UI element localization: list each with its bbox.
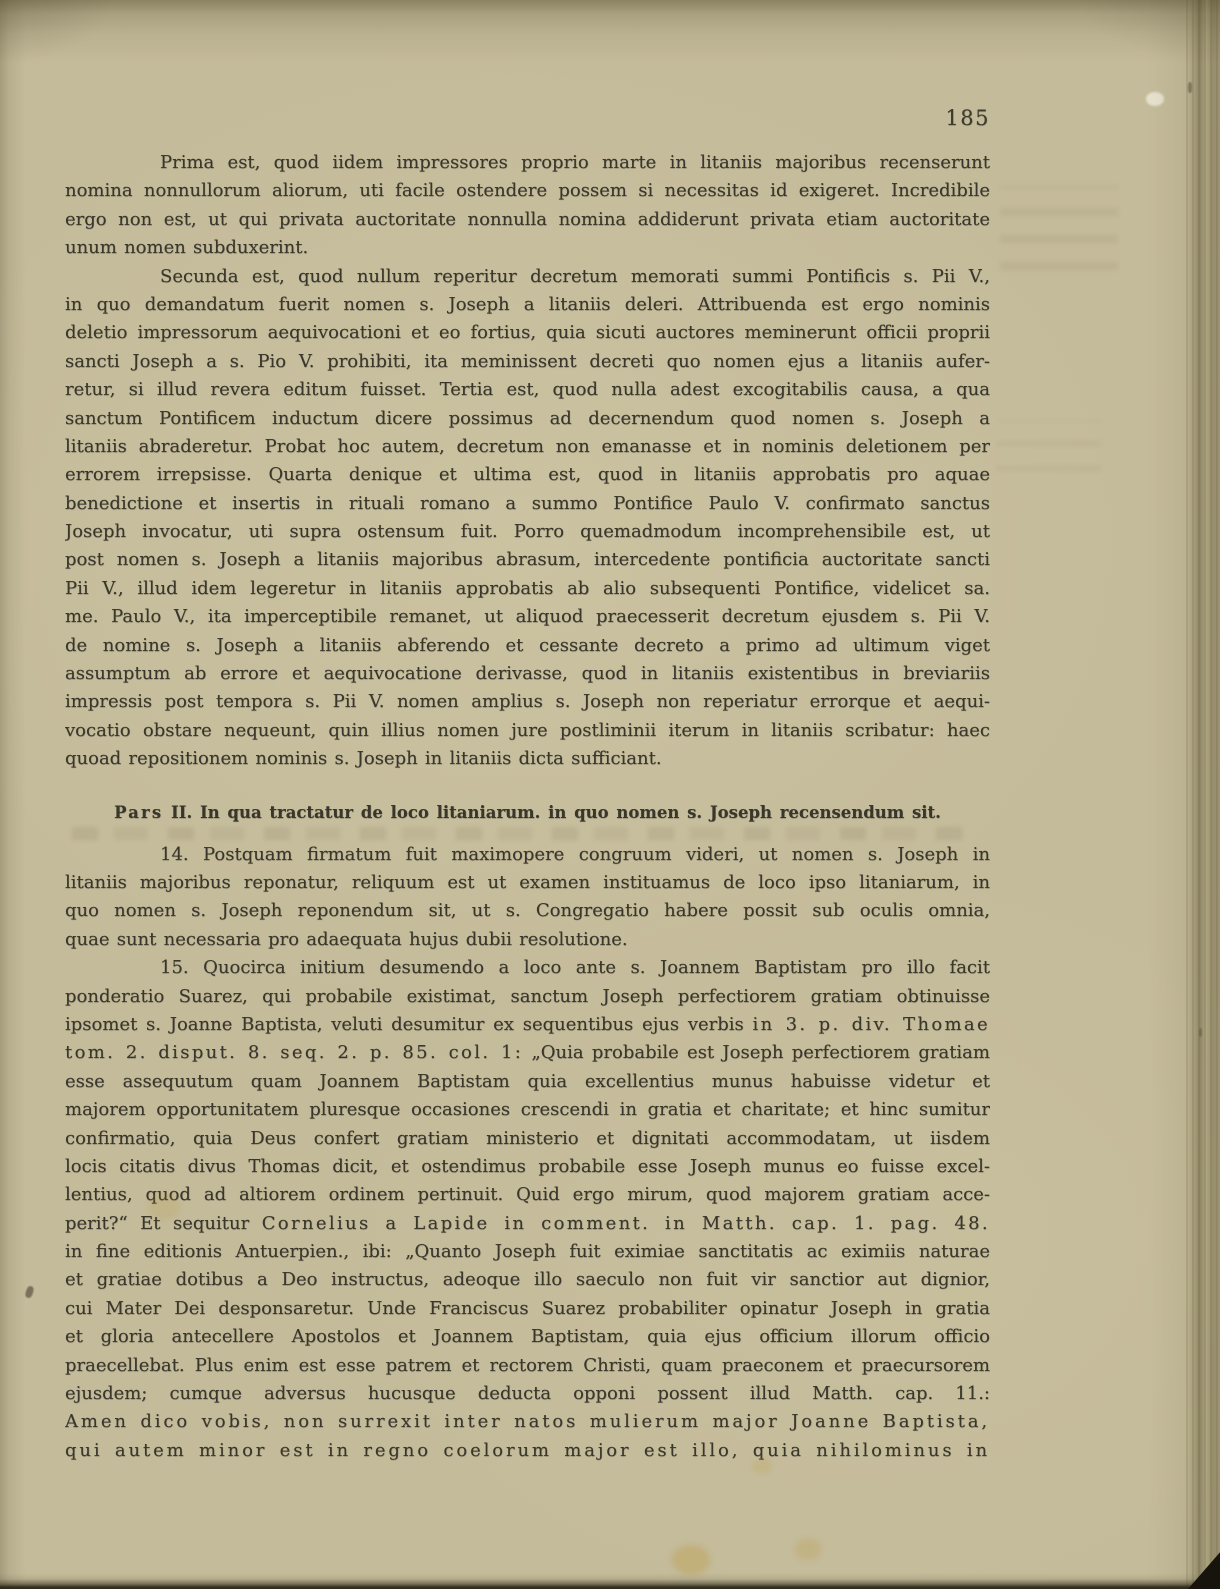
text-line: praecellebat. Plus enim est esse patrem … xyxy=(65,1352,990,1380)
text-segment: litaniis abraderetur. Probat hoc autem, … xyxy=(65,436,990,457)
text-segment: quoad repositionem nominis s. Joseph in … xyxy=(65,748,662,769)
text-segment: vocatio obstare nequeunt, quin illius no… xyxy=(65,720,990,741)
text-line: Prima est, quod iidem impressores propri… xyxy=(65,149,990,177)
paragraph: Prima est, quod iidem impressores propri… xyxy=(65,149,990,263)
text-segment: Prima est, quod iidem impressores propri… xyxy=(160,152,990,173)
text-segment: unum nomen subduxerint. xyxy=(65,237,308,258)
text-segment: qui autem minor est in regno coelorum ma… xyxy=(65,1440,990,1461)
text-segment: confirmatio, quia Deus confert gratiam m… xyxy=(65,1128,990,1149)
text-segment: Amen dico vobis, non surrexit inter nato… xyxy=(65,1411,990,1432)
text-line: et gratiae dotibus a Deo instructus, ade… xyxy=(65,1266,990,1294)
page-number: 185 xyxy=(65,106,990,130)
text-segment: lentius, quod ad altiorem ordinem pertin… xyxy=(65,1184,990,1205)
text-segment: impressis post tempora s. Pii V. nomen a… xyxy=(65,691,990,712)
text-segment: sanctum Pontificem inductum dicere possi… xyxy=(65,408,990,429)
text-segment: „Quia probabile est Joseph perfectiorem … xyxy=(523,1042,990,1063)
paper-stain xyxy=(148,1194,180,1220)
text-line: locis citatis divus Thomas dicit, et ost… xyxy=(65,1153,990,1181)
text-line: unum nomen subduxerint. xyxy=(65,234,990,262)
text-line: in quo demandatum fuerit nomen s. Joseph… xyxy=(65,291,990,319)
text-segment: Pii V., illud idem legeretur in litaniis… xyxy=(65,578,990,599)
text-segment: 14. Postquam firmatum fuit maximopere co… xyxy=(160,844,990,865)
text-line: ergo non est, ut qui privata auctoritate… xyxy=(65,206,990,234)
text-line: ejusdem; cumque adversus hucusque deduct… xyxy=(65,1380,990,1408)
text-line: 14. Postquam firmatum fuit maximopere co… xyxy=(65,841,990,869)
text-line: litaniis majoribus reponatur, reliquum e… xyxy=(65,869,990,897)
heading-line: Pars II. In qua tractatur de loco litani… xyxy=(65,800,990,826)
text-line: quo nomen s. Joseph reponendum sit, ut s… xyxy=(65,897,990,925)
paper-stain xyxy=(795,1538,821,1560)
text-line: majorem opportunitatem pluresque occasio… xyxy=(65,1096,990,1124)
text-line: post nomen s. Joseph a litaniis majoribu… xyxy=(65,546,990,574)
text-line: confirmatio, quia Deus confert gratiam m… xyxy=(65,1125,990,1153)
text-segment: sancti Joseph a s. Pio V. prohibiti, ita… xyxy=(65,351,990,372)
text-segment: ejusdem; cumque adversus hucusque deduct… xyxy=(65,1383,990,1404)
text-segment: Secunda est, quod nullum reperitur decre… xyxy=(160,266,990,287)
paragraph: 15. Quocirca initium desumendo a loco an… xyxy=(65,954,990,1465)
text-segment: tom. 2. disput. 8. seq. 2. p. 85. col. 1… xyxy=(65,1042,523,1063)
text-line: errorem irrepsisse. Quarta denique et ul… xyxy=(65,461,990,489)
text-segment: cui Mater Dei desponsaretur. Unde Franci… xyxy=(65,1298,990,1319)
text-segment: Joseph invocatur, uti supra ostensum fui… xyxy=(65,521,990,542)
page-bottom-shadow xyxy=(0,1579,1220,1589)
text-segment: in 3. p. div. Thomae xyxy=(753,1014,990,1035)
text-line: ipsomet s. Joanne Baptista, veluti desum… xyxy=(65,1011,990,1039)
text-line: vocatio obstare nequeunt, quin illius no… xyxy=(65,717,990,745)
ink-speck xyxy=(24,1285,34,1299)
text-segment: locis citatis divus Thomas dicit, et ost… xyxy=(65,1156,990,1177)
text-segment: ponderatio Suarez, qui probabile existim… xyxy=(65,986,990,1007)
text-line: in fine editionis Antuerpien., ibi: „Qua… xyxy=(65,1238,990,1266)
text-line: litaniis abraderetur. Probat hoc autem, … xyxy=(65,433,990,461)
text-segment: et gloria antecellere Apostolos et Joann… xyxy=(65,1326,990,1347)
text-line: qui autem minor est in regno coelorum ma… xyxy=(65,1437,990,1465)
book-page-edges xyxy=(1186,0,1220,1589)
text-line: Pii V., illud idem legeretur in litaniis… xyxy=(65,575,990,603)
text-line: Joseph invocatur, uti supra ostensum fui… xyxy=(65,518,990,546)
text-segment: II. In qua tractatur de loco litaniarum.… xyxy=(163,803,941,822)
text-segment: retur, si illud revera editum fuisset. T… xyxy=(65,379,990,400)
text-segment: Pars xyxy=(114,803,163,822)
text-line: nomina nonnullorum aliorum, uti facile o… xyxy=(65,177,990,205)
text-line: me. Paulo V., ita imperceptibile remanet… xyxy=(65,603,990,631)
text-segment: et gratiae dotibus a Deo instructus, ade… xyxy=(65,1269,990,1290)
text-segment: benedictione et insertis in rituali roma… xyxy=(65,493,990,514)
text-segment: errorem irrepsisse. Quarta denique et ul… xyxy=(65,464,990,485)
text-line: perit?“ Et sequitur Cornelius a Lapide i… xyxy=(65,1210,990,1238)
text-segment: ergo non est, ut qui privata auctoritate… xyxy=(65,209,990,230)
text-segment: quae sunt necessaria pro adaequata hujus… xyxy=(65,929,628,950)
text-line: ponderatio Suarez, qui probabile existim… xyxy=(65,983,990,1011)
text-segment: in quo demandatum fuerit nomen s. Joseph… xyxy=(65,294,990,315)
text-segment: in fine editionis Antuerpien., ibi: „Qua… xyxy=(65,1241,990,1262)
text-segment: de nomine s. Joseph a litaniis abferendo… xyxy=(65,635,990,656)
text-line: 15. Quocirca initium desumendo a loco an… xyxy=(65,954,990,982)
text-line: assumptum ab errore et aequivocatione de… xyxy=(65,660,990,688)
text-line: sanctum Pontificem inductum dicere possi… xyxy=(65,405,990,433)
text-segment: assumptum ab errore et aequivocatione de… xyxy=(65,663,990,684)
text-segment: praecellebat. Plus enim est esse patrem … xyxy=(65,1355,990,1376)
text-segment: esse assequutum quam Joannem Baptistam q… xyxy=(65,1071,990,1092)
text-block: Prima est, quod iidem impressores propri… xyxy=(65,149,990,1465)
book-page-scan: 185 Prima est, quod iidem impressores pr… xyxy=(0,0,1220,1589)
text-segment: majorem opportunitatem pluresque occasio… xyxy=(65,1099,990,1120)
text-line: tom. 2. disput. 8. seq. 2. p. 85. col. 1… xyxy=(65,1039,990,1067)
text-line: quae sunt necessaria pro adaequata hujus… xyxy=(65,926,990,954)
text-segment: me. Paulo V., ita imperceptibile remanet… xyxy=(65,606,990,627)
bleedthrough-ghost-text xyxy=(996,420,1101,472)
bleedthrough-ghost-text xyxy=(1000,186,1118,270)
text-line: lentius, quod ad altiorem ordinem pertin… xyxy=(65,1181,990,1209)
text-segment: deletio impressorum aequivocationi et eo… xyxy=(65,322,990,343)
text-line: quoad repositionem nominis s. Joseph in … xyxy=(65,745,990,773)
text-line: benedictione et insertis in rituali roma… xyxy=(65,490,990,518)
text-segment: nomina nonnullorum aliorum, uti facile o… xyxy=(65,180,990,201)
section-heading: Pars II. In qua tractatur de loco litani… xyxy=(65,800,990,826)
text-segment: ipsomet s. Joanne Baptista, veluti desum… xyxy=(65,1014,753,1035)
text-line: cui Mater Dei desponsaretur. Unde Franci… xyxy=(65,1295,990,1323)
text-line: retur, si illud revera editum fuisset. T… xyxy=(65,376,990,404)
text-line: Secunda est, quod nullum reperitur decre… xyxy=(65,263,990,291)
text-segment: Cornelius a Lapide in comment. in Matth.… xyxy=(262,1213,990,1234)
text-line: esse assequutum quam Joannem Baptistam q… xyxy=(65,1068,990,1096)
text-segment: litaniis majoribus reponatur, reliquum e… xyxy=(65,872,990,893)
text-segment: quo nomen s. Joseph reponendum sit, ut s… xyxy=(65,900,990,921)
bleedthrough-ghost-text xyxy=(72,827,972,840)
text-line: impressis post tempora s. Pii V. nomen a… xyxy=(65,688,990,716)
text-segment: 15. Quocirca initium desumendo a loco an… xyxy=(160,957,990,978)
paragraph: 14. Postquam firmatum fuit maximopere co… xyxy=(65,841,990,955)
paper-stain xyxy=(672,1545,710,1575)
text-line: Amen dico vobis, non surrexit inter nato… xyxy=(65,1408,990,1436)
text-line: sancti Joseph a s. Pio V. prohibiti, ita… xyxy=(65,348,990,376)
text-line: de nomine s. Joseph a litaniis abferendo… xyxy=(65,632,990,660)
paragraph: Secunda est, quod nullum reperitur decre… xyxy=(65,263,990,774)
text-line: et gloria antecellere Apostolos et Joann… xyxy=(65,1323,990,1351)
paper-stain xyxy=(752,1458,772,1474)
text-segment: post nomen s. Joseph a litaniis majoribu… xyxy=(65,549,990,570)
text-line: deletio impressorum aequivocationi et eo… xyxy=(65,319,990,347)
